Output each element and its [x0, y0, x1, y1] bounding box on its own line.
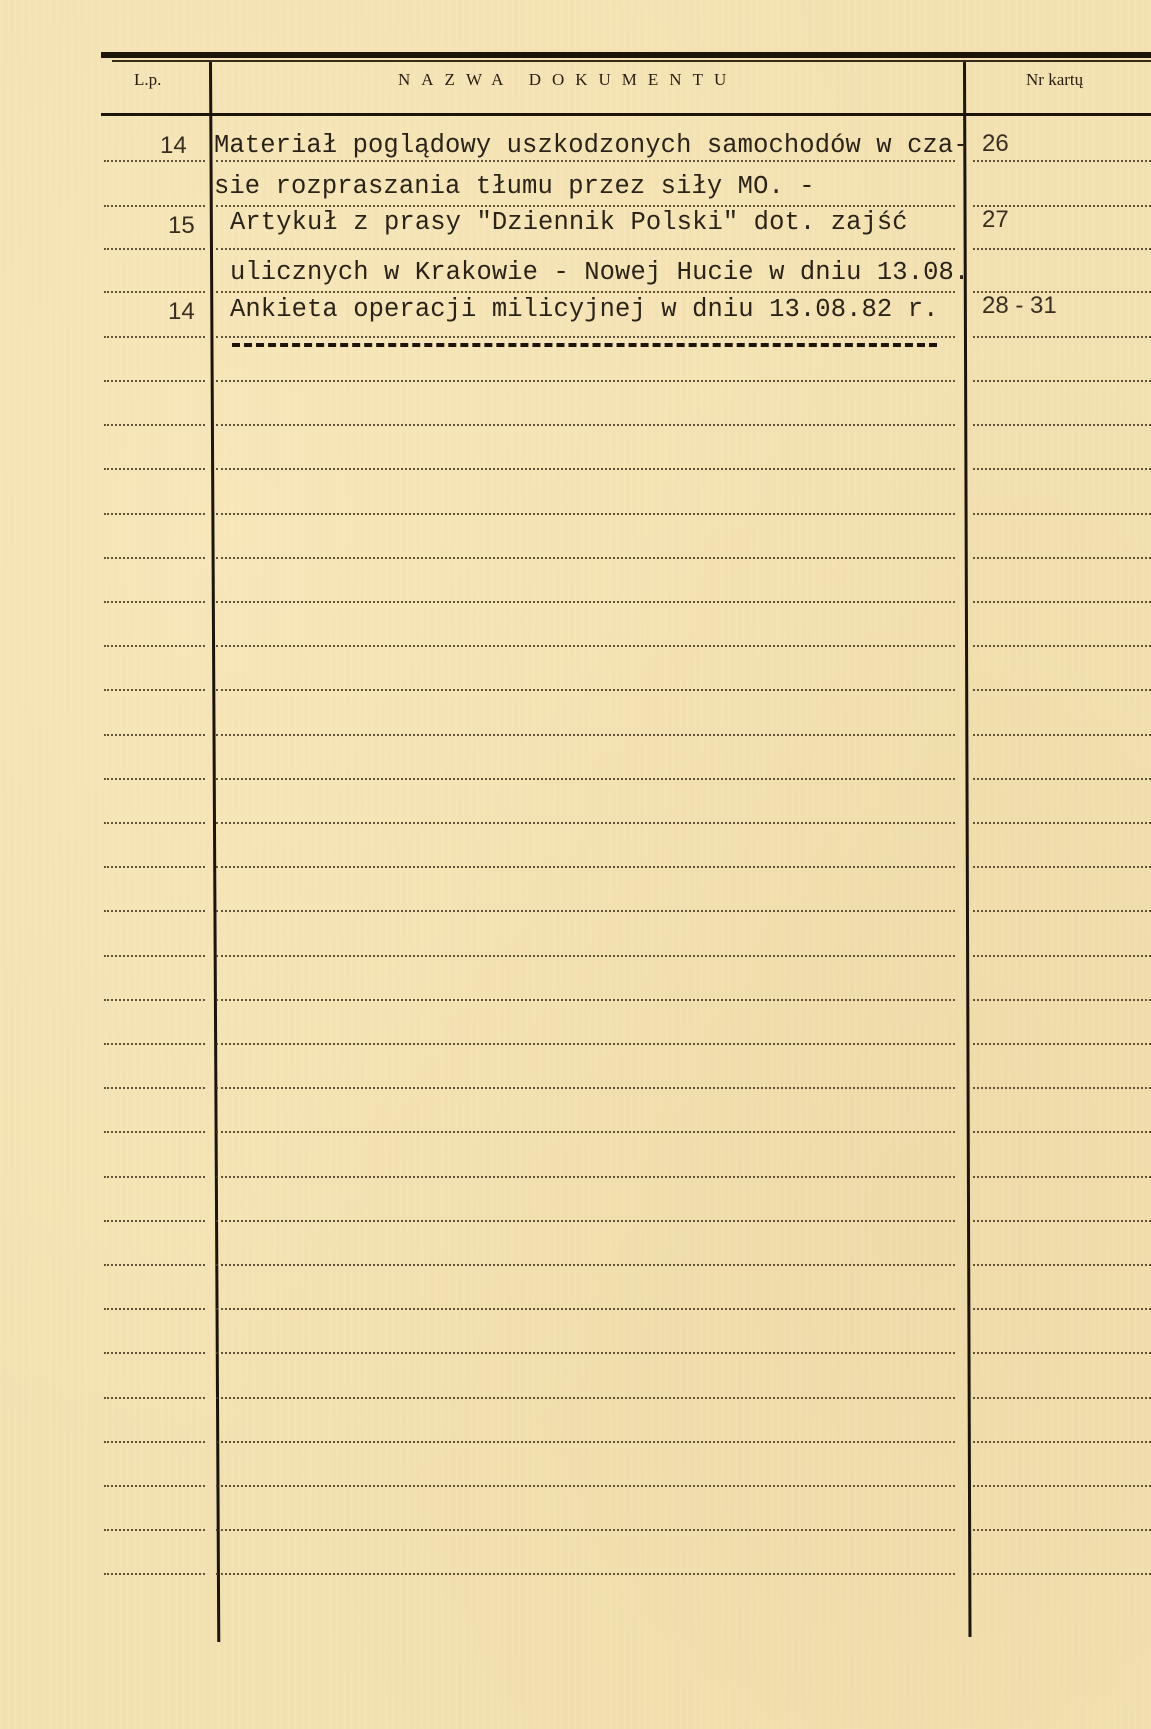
dotted-rule — [973, 1352, 1151, 1354]
dotted-rule — [216, 424, 955, 426]
dotted-rule — [973, 866, 1151, 868]
dotted-rule — [216, 999, 955, 1001]
dotted-rule — [216, 1220, 955, 1222]
dotted-rule — [216, 1352, 955, 1354]
dotted-rule — [104, 557, 205, 559]
dotted-rule — [104, 999, 205, 1001]
dotted-rule — [104, 1529, 205, 1531]
dotted-rule — [104, 601, 205, 603]
dotted-rule — [104, 1352, 205, 1354]
header-bottom-rule — [101, 113, 1151, 116]
dotted-rule — [973, 778, 1151, 780]
dotted-rule — [973, 910, 1151, 912]
dotted-rule — [104, 778, 205, 780]
dotted-rule — [104, 1485, 205, 1487]
dotted-rule — [104, 291, 205, 293]
dotted-rule — [104, 1131, 205, 1133]
dotted-rule — [216, 248, 955, 250]
dotted-rule — [973, 1529, 1151, 1531]
dotted-rule — [104, 336, 205, 338]
dotted-rule — [104, 513, 205, 515]
dotted-rule — [216, 380, 955, 382]
dotted-rule — [216, 1043, 955, 1045]
dotted-rule — [216, 468, 955, 470]
dotted-rule — [104, 734, 205, 736]
dotted-rule — [973, 1397, 1151, 1399]
dotted-rule — [104, 1220, 205, 1222]
dotted-rule — [104, 248, 205, 250]
dotted-rule — [104, 866, 205, 868]
entry-lp: 14 — [160, 132, 187, 160]
dotted-rule — [104, 1176, 205, 1178]
dotted-rule — [973, 513, 1151, 515]
dotted-rule — [104, 424, 205, 426]
dotted-rule — [973, 1220, 1151, 1222]
column-divider-left — [209, 62, 220, 1642]
dotted-rule — [973, 557, 1151, 559]
dotted-rule — [973, 999, 1151, 1001]
dotted-rule — [104, 1573, 205, 1575]
dotted-rule — [973, 1131, 1151, 1133]
dotted-rule — [216, 822, 955, 824]
dotted-rule — [216, 557, 955, 559]
dotted-rule — [104, 1264, 205, 1266]
dotted-rule — [973, 1573, 1151, 1575]
dotted-rule — [973, 1043, 1151, 1045]
column-header-lp: L.p. — [134, 70, 161, 90]
dotted-rule — [104, 822, 205, 824]
dotted-rule — [973, 1485, 1151, 1487]
dotted-rule — [973, 955, 1151, 957]
entry-title-line: Ankieta operacji milicyjnej w dniu 13.08… — [230, 295, 939, 324]
dotted-rule — [216, 513, 955, 515]
dotted-rule — [973, 424, 1151, 426]
dotted-rule — [216, 336, 955, 338]
dotted-rule — [973, 1087, 1151, 1089]
dotted-rule — [104, 1087, 205, 1089]
dotted-rule — [104, 1441, 205, 1443]
dotted-rule — [216, 1441, 955, 1443]
dotted-rule — [973, 1441, 1151, 1443]
dotted-rule — [973, 601, 1151, 603]
dotted-rule — [216, 1529, 955, 1531]
dotted-rule — [973, 248, 1151, 250]
dotted-rule — [216, 645, 955, 647]
dotted-rule — [973, 468, 1151, 470]
entry-page: 28 - 31 — [982, 292, 1057, 320]
column-header-page-number: Nr kartų — [1026, 70, 1083, 90]
dotted-rule — [973, 1176, 1151, 1178]
dotted-rule — [216, 689, 955, 691]
dotted-rule — [216, 1087, 955, 1089]
dotted-rule — [104, 689, 205, 691]
entry-title-line: Artykuł z prasy "Dziennik Polski" dot. z… — [230, 208, 908, 237]
entry-title-line: Materiał poglądowy uszkodzonych samochod… — [214, 131, 969, 160]
dotted-rule — [216, 1308, 955, 1310]
dotted-rule — [973, 645, 1151, 647]
dotted-rule — [216, 1485, 955, 1487]
dotted-rule — [216, 910, 955, 912]
entry-page: 26 — [982, 130, 1009, 158]
dotted-rule — [216, 1176, 955, 1178]
closing-dashed-separator — [232, 343, 937, 347]
entry-title-line: sie rozpraszania tłumu przez siły MO. - — [214, 172, 815, 201]
dotted-rule — [216, 778, 955, 780]
dotted-rule — [104, 1397, 205, 1399]
dotted-rule — [216, 1397, 955, 1399]
dotted-rule — [216, 866, 955, 868]
entry-title-line: ulicznych w Krakowie - Nowej Hucie w dni… — [230, 258, 969, 287]
dotted-rule — [216, 1131, 955, 1133]
dotted-rule — [973, 1264, 1151, 1266]
dotted-rule — [104, 645, 205, 647]
entry-page: 27 — [982, 206, 1009, 234]
dotted-rule — [104, 1308, 205, 1310]
dotted-rule — [104, 205, 205, 207]
dotted-rule — [104, 910, 205, 912]
dotted-rule — [973, 336, 1151, 338]
dotted-rule — [216, 955, 955, 957]
dotted-rule — [216, 1264, 955, 1266]
dotted-rule — [216, 1573, 955, 1575]
dotted-rule — [973, 689, 1151, 691]
entry-lp: 15 — [168, 212, 195, 240]
dotted-rule — [216, 734, 955, 736]
top-thick-rule — [101, 52, 1151, 58]
dotted-rule — [104, 468, 205, 470]
dotted-rule — [216, 601, 955, 603]
entry-lp: 14 — [168, 298, 195, 326]
dotted-rule — [216, 291, 955, 293]
dotted-rule — [973, 734, 1151, 736]
dotted-rule — [973, 1308, 1151, 1310]
dotted-rule — [104, 1043, 205, 1045]
dotted-rule — [104, 380, 205, 382]
dotted-rule — [973, 822, 1151, 824]
dotted-rule — [973, 380, 1151, 382]
column-divider-right — [963, 62, 971, 1637]
dotted-rule — [216, 160, 955, 162]
column-header-document-name: NAZWA DOKUMENTU — [398, 70, 737, 90]
dotted-rule — [104, 955, 205, 957]
dotted-rule — [973, 160, 1151, 162]
dotted-rule — [104, 160, 205, 162]
dotted-rule — [216, 205, 955, 207]
top-thin-rule — [112, 60, 1151, 62]
